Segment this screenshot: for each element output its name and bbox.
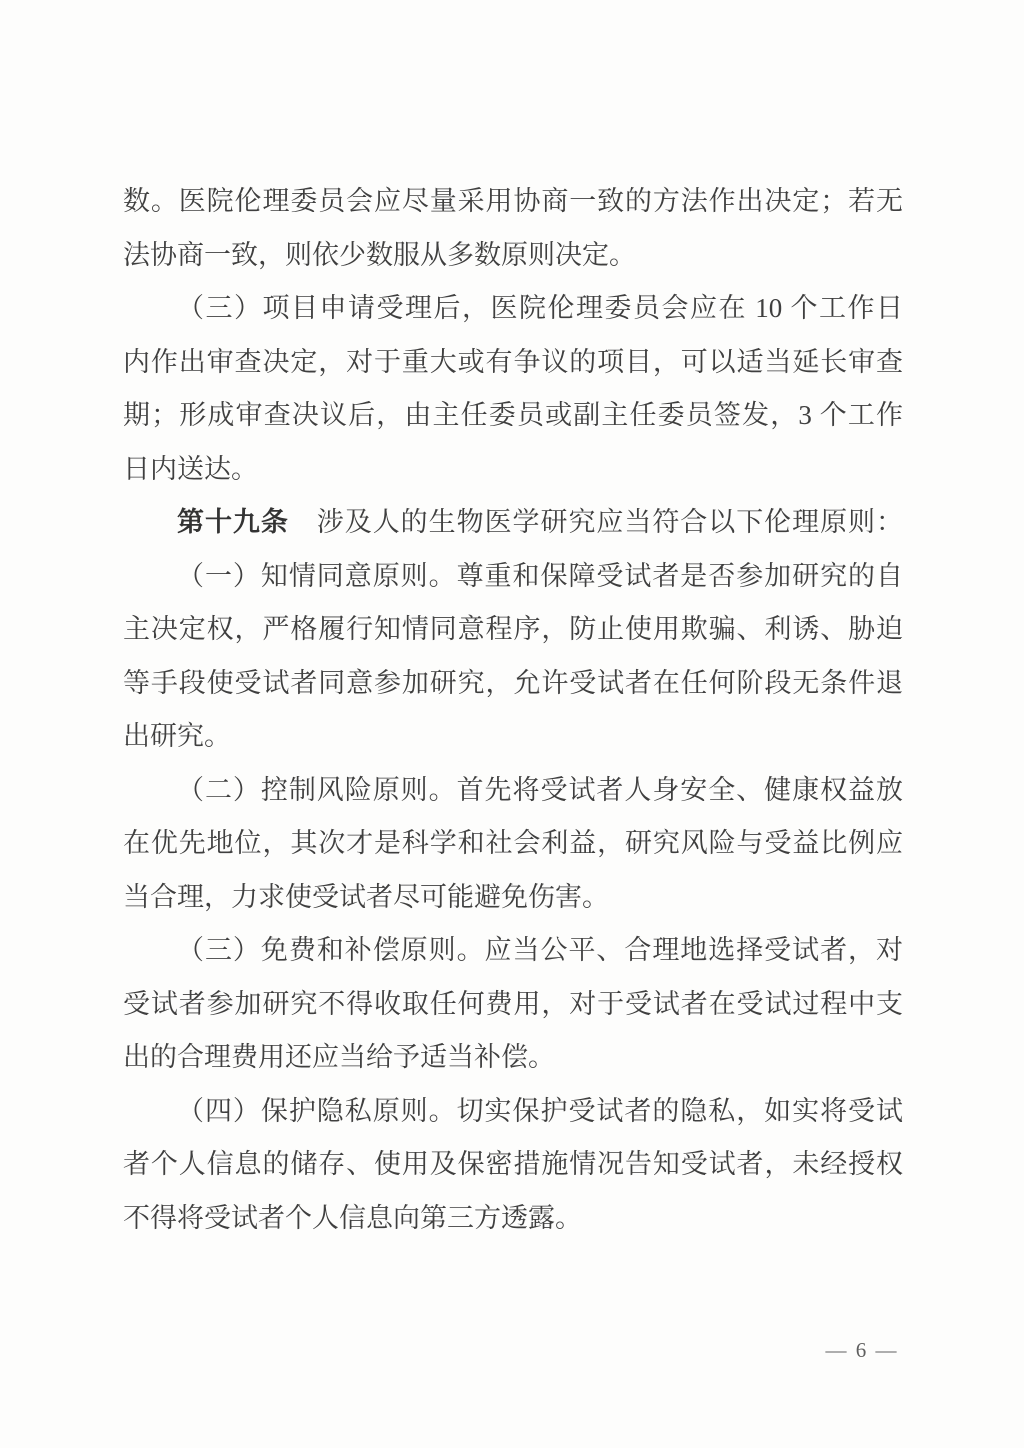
text-line: 数。医院伦理委员会应尽量采用协商一致的方法作出决定；若无 [123, 175, 903, 229]
text-line: 者个人信息的储存、使用及保密措施情况告知受试者，未经授权 [123, 1138, 903, 1192]
text-line: （三）项目申请受理后，医院伦理委员会应在 10 个工作日 [123, 282, 903, 336]
text-line: 等手段使受试者同意参加研究，允许受试者在任何阶段无条件退 [123, 657, 903, 711]
paragraph-principle-1-informed-consent: （一）知情同意原则。尊重和保障受试者是否参加研究的自主决定权，严格履行知情同意程… [123, 550, 903, 764]
text-line: （三）免费和补偿原则。应当公平、合理地选择受试者，对 [123, 924, 903, 978]
paragraph-item-3-review: （三）项目申请受理后，医院伦理委员会应在 10 个工作日内作出审查决定，对于重大… [123, 282, 903, 496]
text-line: 法协商一致，则依少数服从多数原则决定。 [123, 229, 903, 283]
text-line: （一）知情同意原则。尊重和保障受试者是否参加研究的自 [123, 550, 903, 604]
text-line: 当合理，力求使受试者尽可能避免伤害。 [123, 871, 903, 925]
text-line: 内作出审查决定，对于重大或有争议的项目，可以适当延长审查 [123, 336, 903, 390]
paragraph-principle-2-risk-control: （二）控制风险原则。首先将受试者人身安全、健康权益放在优先地位，其次才是科学和社… [123, 764, 903, 925]
text-line: 日内送达。 [123, 443, 903, 497]
text-line: 出研究。 [123, 710, 903, 764]
document-text-block: 数。医院伦理委员会应尽量采用协商一致的方法作出决定；若无法协商一致，则依少数服从… [123, 175, 903, 1245]
text-line: 出的合理费用还应当给予适当补偿。 [123, 1031, 903, 1085]
text-line: 在优先地位，其次才是科学和社会利益，研究风险与受益比例应 [123, 817, 903, 871]
text-line: 第十九条 涉及人的生物医学研究应当符合以下伦理原则： [123, 496, 903, 550]
article-number-label: 第十九条 [177, 507, 289, 537]
paragraph-principle-4-privacy: （四）保护隐私原则。切实保护受试者的隐私，如实将受试者个人信息的储存、使用及保密… [123, 1085, 903, 1246]
document-page: 数。医院伦理委员会应尽量采用协商一致的方法作出决定；若无法协商一致，则依少数服从… [0, 0, 1024, 1448]
text-line: 期；形成审查决议后，由主任委员或副主任委员签发，3 个工作 [123, 389, 903, 443]
text-line: 不得将受试者个人信息向第三方透露。 [123, 1192, 903, 1246]
text-line: （四）保护隐私原则。切实保护受试者的隐私，如实将受试 [123, 1085, 903, 1139]
text-line: 主决定权，严格履行知情同意程序，防止使用欺骗、利诱、胁迫 [123, 603, 903, 657]
paragraph-article-19: 第十九条 涉及人的生物医学研究应当符合以下伦理原则： [123, 496, 903, 550]
text-line: （二）控制风险原则。首先将受试者人身安全、健康权益放 [123, 764, 903, 818]
paragraph-principle-3-free-compensation: （三）免费和补偿原则。应当公平、合理地选择受试者，对受试者参加研究不得收取任何费… [123, 924, 903, 1085]
paragraph-continuation: 数。医院伦理委员会应尽量采用协商一致的方法作出决定；若无法协商一致，则依少数服从… [123, 175, 903, 282]
page-number: — 6 — [822, 1338, 902, 1363]
text-line: 受试者参加研究不得收取任何费用，对于受试者在受试过程中支 [123, 978, 903, 1032]
